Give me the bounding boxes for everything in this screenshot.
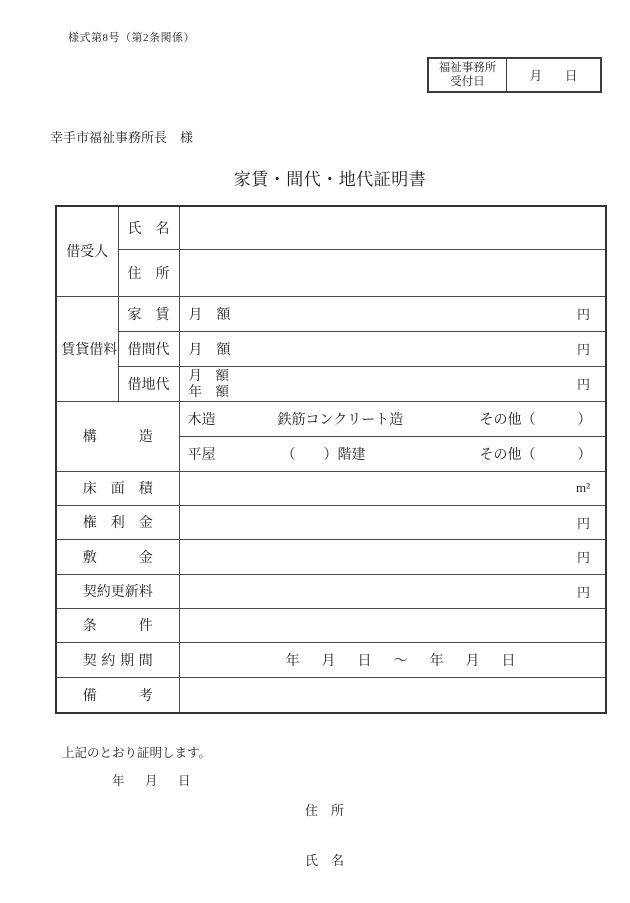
reception-month-label: 月 (530, 66, 543, 84)
borrower-address-label: 住所 (128, 263, 170, 283)
house-rent-label-cell: 家賃 (118, 296, 179, 331)
reception-date-cell: 月 日 (507, 59, 600, 91)
conditions-value-cell (179, 608, 606, 642)
house-rent-label: 家賃 (128, 304, 170, 324)
room-rent-label: 借間代 (128, 339, 170, 359)
remarks-label-cell: 備考 (56, 677, 179, 713)
conditions-label-cell: 条件 (56, 608, 179, 642)
deposit-label: 敷金 (83, 547, 153, 567)
addressee-line: 幸手市福祉事務所長 様 (50, 127, 193, 146)
contract-period-label-cell: 契約期間 (56, 642, 179, 677)
renewal-fee-label-cell: 契約更新料 (56, 574, 179, 608)
borrower-name-label: 氏名 (128, 218, 170, 238)
house-rent-monthly-label: 月 額 (189, 304, 231, 324)
borrower-group-label: 借受人 (57, 241, 118, 261)
structure-single-story-option: 平屋 (188, 444, 216, 464)
floor-area-label: 床面積 (83, 478, 153, 498)
room-rent-value-cell: 月 額 円 (179, 331, 606, 366)
land-rent-label: 借地代 (128, 374, 170, 394)
structure-label: 構造 (83, 426, 153, 446)
renewal-fee-unit: 円 (577, 582, 590, 601)
key-money-unit: 円 (577, 513, 590, 532)
land-rent-monthly-label: 月 額 (189, 368, 230, 384)
land-rent-period-labels: 月 額 年 額 (189, 368, 230, 400)
certification-date: 年 月 日 (112, 771, 195, 789)
land-rent-value-cell: 月 額 年 額 円 (179, 366, 606, 401)
borrower-group-cell: 借受人 (56, 206, 118, 296)
reception-box-title-line2: 受付日 (450, 75, 485, 89)
floor-area-label-cell: 床面積 (56, 471, 179, 505)
key-money-label: 権利金 (83, 512, 153, 532)
floor-area-unit: m² (576, 480, 590, 496)
key-money-value-cell: 円 (179, 505, 606, 539)
form-number: 様式第8号（第2条関係） (68, 29, 195, 45)
renewal-fee-value-cell: 円 (179, 574, 606, 608)
house-rent-value-cell: 月 額 円 (179, 296, 606, 331)
certification-statement: 上記のとおり証明します。 (62, 743, 211, 761)
remarks-value-cell (179, 677, 606, 713)
room-rent-unit: 円 (577, 339, 590, 358)
reception-box-title: 福祉事務所 受付日 (429, 59, 507, 91)
rent-group-label: 賃貸借料 (61, 339, 113, 359)
deposit-unit: 円 (577, 547, 590, 566)
contract-period-value-cell: 年 月 日 ～ 年 月 日 (179, 642, 606, 677)
reception-box-title-line1: 福祉事務所 (439, 61, 497, 75)
certificate-table: 借受人 氏名 住所 賃貸借料 家賃 月 額 円 (55, 205, 607, 714)
reception-day-label: 日 (565, 66, 578, 84)
land-rent-unit: 円 (577, 374, 590, 393)
certifier-name-label: 氏 名 (305, 850, 344, 869)
borrower-address-value-cell (179, 249, 606, 296)
page-title: 家賃・間代・地代証明書 (30, 165, 630, 190)
room-rent-label-cell: 借間代 (118, 331, 179, 366)
rent-group-cell: 賃貸借料 (56, 296, 118, 401)
land-rent-yearly-label: 年 額 (189, 384, 230, 400)
deposit-value-cell: 円 (179, 539, 606, 574)
room-rent-monthly-label: 月 額 (189, 339, 231, 359)
borrower-name-label-cell: 氏名 (118, 206, 179, 249)
house-rent-unit: 円 (577, 304, 590, 323)
reception-stamp-box: 福祉事務所 受付日 月 日 (427, 57, 602, 93)
certificate-page: 様式第8号（第2条関係） 福祉事務所 受付日 月 日 幸手市福祉事務所長 様 家… (0, 0, 630, 903)
structure-type-cell: 木造 鉄筋コンクリート造 その他（ ） (179, 401, 606, 436)
structure-wood-option: 木造 (188, 409, 216, 429)
floor-area-value-cell: m² (179, 471, 606, 505)
certifier-address-label: 住 所 (305, 800, 344, 819)
structure-stories-option: （ ）階建 (282, 444, 366, 464)
renewal-fee-label: 契約更新料 (83, 581, 153, 601)
structure-other-option: その他（ ） (480, 409, 592, 429)
contract-period-label: 契約期間 (83, 650, 153, 670)
structure-stories-other-option: その他（ ） (480, 444, 592, 464)
borrower-address-label-cell: 住所 (118, 249, 179, 296)
key-money-label-cell: 権利金 (56, 505, 179, 539)
remarks-label: 備考 (83, 685, 153, 705)
structure-stories-cell: 平屋 （ ）階建 その他（ ） (179, 436, 606, 471)
structure-concrete-option: 鉄筋コンクリート造 (278, 409, 404, 429)
land-rent-label-cell: 借地代 (118, 366, 179, 401)
borrower-name-value-cell (179, 206, 606, 249)
deposit-label-cell: 敷金 (56, 539, 179, 574)
conditions-label: 条件 (83, 615, 153, 635)
structure-label-cell: 構造 (56, 401, 179, 471)
contract-period-value: 年 月 日 ～ 年 月 日 (180, 650, 520, 670)
